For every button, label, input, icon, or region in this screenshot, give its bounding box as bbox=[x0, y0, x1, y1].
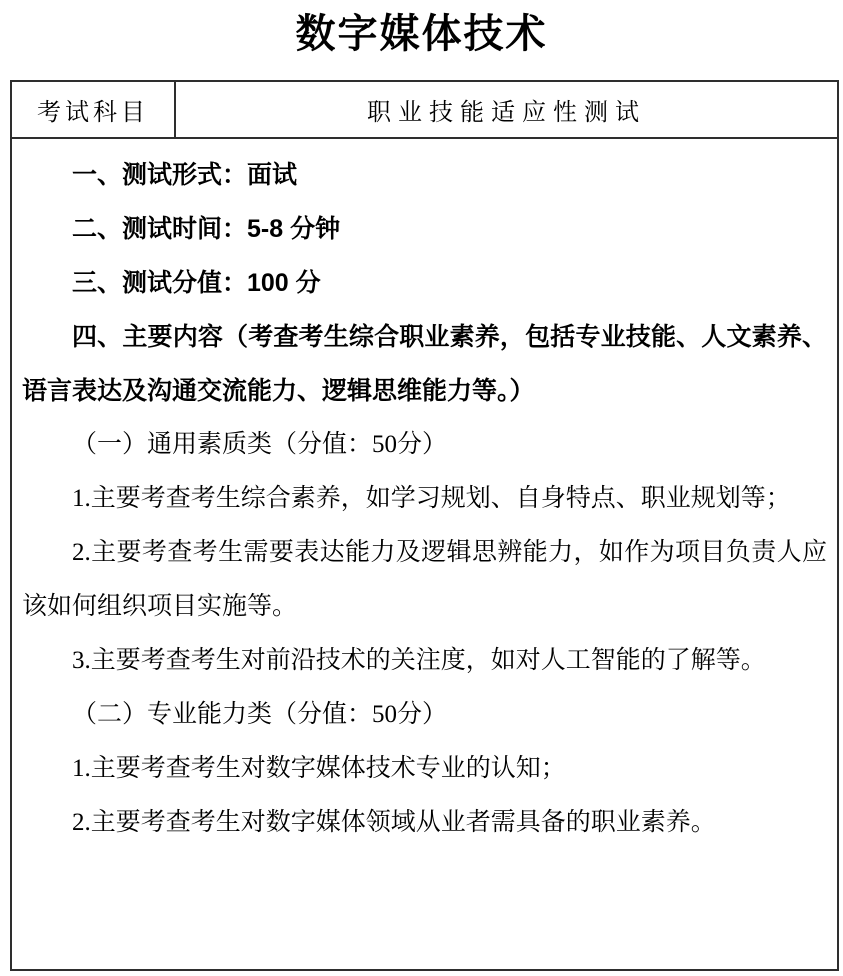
table-header-row: 考试科目 职业技能适应性测试 bbox=[12, 82, 837, 139]
section-general-quality-point-2: 2.主要考查考生需要表达能力及逻辑思辨能力，如作为项目负责人应该如何组织项目实施… bbox=[22, 526, 827, 634]
section-general-quality-point-3: 3.主要考查考生对前沿技术的关注度，如对人工智能的了解等。 bbox=[22, 634, 827, 688]
table-body-cell: 一、测试形式：面试 二、测试时间：5-8 分钟 三、测试分值：100 分 四、主… bbox=[12, 139, 837, 850]
page-title: 数字媒体技术 bbox=[0, 0, 843, 60]
main-content-item: 四、主要内容（考查考生综合职业素养，包括专业技能、人文素养、语言表达及沟通交流能… bbox=[22, 310, 827, 418]
test-form-item: 一、测试形式：面试 bbox=[22, 148, 827, 202]
header-cell-exam-subject-label: 考试科目 bbox=[12, 82, 176, 137]
header-cell-exam-subject-value: 职业技能适应性测试 bbox=[176, 82, 837, 137]
document-page: 数字媒体技术 考试科目 职业技能适应性测试 一、测试形式：面试 二、测试时间：5… bbox=[0, 0, 843, 976]
section-professional-ability-heading: （二）专业能力类（分值：50分） bbox=[22, 688, 827, 742]
section-general-quality-heading: （一）通用素质类（分值：50分） bbox=[22, 418, 827, 472]
exam-subject-table: 考试科目 职业技能适应性测试 一、测试形式：面试 二、测试时间：5-8 分钟 三… bbox=[10, 80, 839, 971]
section-professional-ability-point-2: 2.主要考查考生对数字媒体领域从业者需具备的职业素养。 bbox=[22, 796, 827, 850]
test-time-item: 二、测试时间：5-8 分钟 bbox=[22, 202, 827, 256]
test-score-item: 三、测试分值：100 分 bbox=[22, 256, 827, 310]
section-general-quality-point-1: 1.主要考查考生综合素养，如学习规划、自身特点、职业规划等； bbox=[22, 472, 827, 526]
section-professional-ability-point-1: 1.主要考查考生对数字媒体技术专业的认知； bbox=[22, 742, 827, 796]
